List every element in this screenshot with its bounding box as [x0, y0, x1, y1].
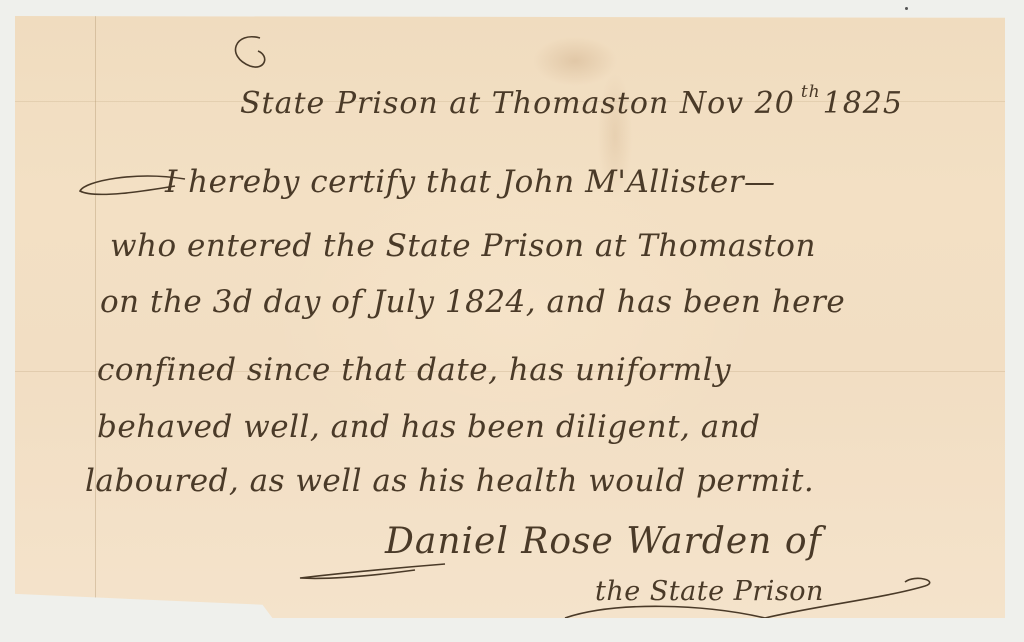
- body-line-4: confined since that date, has uniformly: [97, 352, 731, 388]
- document-heading: State Prison at Thomaston Nov 20th1825: [240, 86, 903, 121]
- heading-date: Nov 20: [680, 86, 795, 121]
- heading-year: 1825: [823, 86, 903, 121]
- vertical-fold-crease: [95, 16, 96, 618]
- heading-date-suffix: th: [801, 82, 821, 102]
- signature-underline-flourish-icon: [295, 556, 455, 586]
- body-line-5: behaved well, and has been diligent, and: [97, 409, 761, 445]
- heading-flourish-icon: [220, 26, 280, 86]
- dust-speck: [905, 7, 908, 10]
- heading-place: State Prison at Thomaston: [240, 86, 669, 121]
- paper-sheet: State Prison at Thomaston Nov 20th1825 I…: [15, 16, 1005, 618]
- body-line-2: who entered the State Prison at Thomasto…: [110, 228, 816, 264]
- body-line-6: laboured, as well as his health would pe…: [85, 463, 814, 499]
- closing-flourish-icon: [555, 576, 955, 621]
- body-line-3: on the 3d day of July 1824, and has been…: [100, 284, 845, 320]
- body-line-1: I hereby certify that John M'Allister—: [165, 164, 776, 200]
